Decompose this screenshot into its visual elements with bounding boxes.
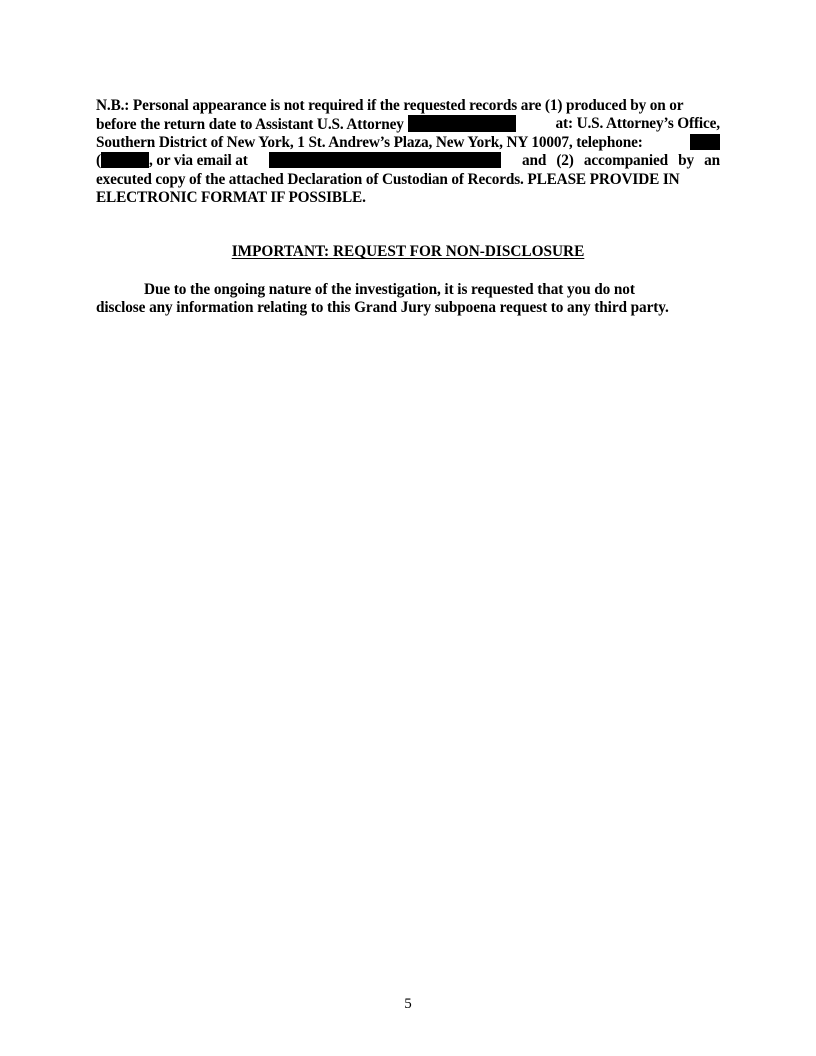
notice-line-6: ELECTRONIC FORMAT IF POSSIBLE. xyxy=(96,189,720,207)
personal-appearance-notice: N.B.: Personal appearance is not require… xyxy=(96,97,720,207)
notice-word: (2) xyxy=(556,152,573,170)
notice-text: executed copy of the attached Declaratio… xyxy=(96,171,680,189)
redacted-attorney-name xyxy=(408,115,516,132)
notice-text: Southern District of New York, 1 St. And… xyxy=(96,134,643,152)
redacted-email-address xyxy=(269,152,501,168)
notice-line-5: executed copy of the attached Declaratio… xyxy=(96,171,720,189)
notice-line-2: before the return date to Assistant U.S.… xyxy=(96,115,720,133)
notice-line-4: (, or via email at and(2)accompaniedbyan xyxy=(96,152,720,170)
notice-line-1: N.B.: Personal appearance is not require… xyxy=(96,97,720,115)
notice-word: by xyxy=(678,152,694,170)
notice-line-3: Southern District of New York, 1 St. And… xyxy=(96,134,720,152)
nondisclosure-paragraph: Due to the ongoing nature of the investi… xyxy=(96,281,720,318)
notice-word: and xyxy=(522,152,546,170)
redacted-telephone-number xyxy=(101,152,149,168)
notice-text: at: U.S. Attorney’s Office, xyxy=(556,115,720,133)
notice-word: accompanied xyxy=(584,152,668,170)
notice-text: , or via email at xyxy=(149,152,248,169)
nondisclosure-line-2: disclose any information relating to thi… xyxy=(96,299,720,317)
redacted-telephone-area-code xyxy=(690,134,720,150)
nondisclosure-heading: IMPORTANT: REQUEST FOR NON-DISCLOSURE xyxy=(232,243,585,260)
section-heading: IMPORTANT: REQUEST FOR NON-DISCLOSURE xyxy=(96,243,720,261)
document-page: N.B.: Personal appearance is not require… xyxy=(0,0,816,1056)
notice-text: before the return date to Assistant U.S.… xyxy=(96,116,404,133)
notice-text: N.B.: Personal appearance is not require… xyxy=(96,97,683,115)
notice-text: ELECTRONIC FORMAT IF POSSIBLE. xyxy=(96,189,366,206)
page-number: 5 xyxy=(0,996,816,1013)
notice-word: an xyxy=(704,152,720,170)
nondisclosure-line-1: Due to the ongoing nature of the investi… xyxy=(96,281,720,299)
